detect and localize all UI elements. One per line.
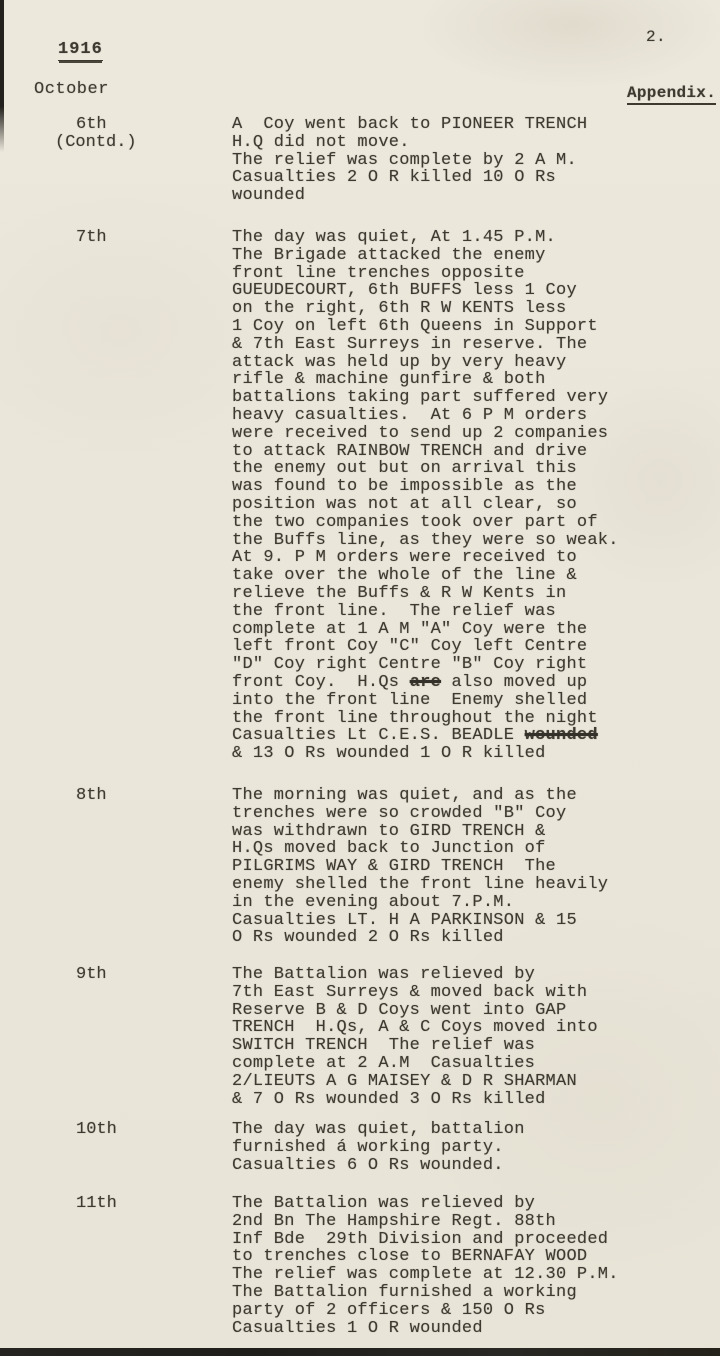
entry-line: The Brigade attacked the enemy [232,247,662,265]
entry-line: The morning was quiet, and as the [232,787,662,805]
entry-date-label: 6th [0,116,230,134]
entry-date: 9th [0,966,230,984]
entry-line: battalions taking part suffered very [232,389,662,407]
entry-line: rifle & machine gunfire & both [232,371,662,389]
struck-text: wounded [525,726,598,745]
entry-date: 6th(Contd.) [0,116,230,152]
entry-date: 11th [0,1195,230,1213]
entry-line: & 13 O Rs wounded 1 O R killed [232,745,662,763]
entry-line: SWITCH TRENCH The relief was [232,1037,662,1055]
entry-line: was found to be impossible as the [232,478,662,496]
entry-line: TRENCH H.Qs, A & C Coys moved into [232,1019,662,1037]
entry-line: Reserve B & D Coys went into GAP [232,1002,662,1020]
entry-line: Casualties 2 O R killed 10 O Rs [232,169,662,187]
entry-line: The day was quiet, At 1.45 P.M. [232,229,662,247]
entry-line: The Battalion was relieved by [232,966,662,984]
entry-text: The morning was quiet, and as thetrenche… [232,787,662,947]
entry-line: Casualties 6 O Rs wounded. [232,1157,662,1175]
entry-line: "D" Coy right Centre "B" Coy right [232,656,662,674]
entry-line: the Buffs line, as they were so weak. [232,532,662,550]
entry-line: attack was held up by very heavy [232,354,662,372]
entry-line: the front line. The relief was [232,603,662,621]
entry-text: The day was quiet, battalionfurnished á … [232,1121,662,1174]
entry-line: party of 2 officers & 150 O Rs [232,1302,662,1320]
diary-entry: 6th(Contd.)A Coy went back to PIONEER TR… [0,116,720,205]
entry-date-label: 11th [0,1195,230,1213]
entry-line: trenches were so crowded "B" Coy [232,805,662,823]
entry-line: GUEUDECOURT, 6th BUFFS less 1 Coy [232,282,662,300]
entry-line: Inf Bde 29th Division and proceeded [232,1231,662,1249]
entry-line: in the evening about 7.P.M. [232,894,662,912]
entry-line: A Coy went back to PIONEER TRENCH [232,116,662,134]
entry-line: At 9. P M orders were received to [232,549,662,567]
entry-line: The Battalion was relieved by [232,1195,662,1213]
entry-line: the front line throughout the night [232,710,662,728]
entry-line: The relief was complete by 2 A M. [232,152,662,170]
entry-line: Casualties 1 O R wounded [232,1320,662,1338]
entry-line: The Battalion furnished a working [232,1284,662,1302]
entry-line: furnished á working party. [232,1139,662,1157]
entry-line: H.Q did not move. [232,134,662,152]
entry-date: 7th [0,229,230,247]
entry-line: take over the whole of the line & [232,567,662,585]
entry-line: front line trenches opposite [232,265,662,283]
entry-line: were received to send up 2 companies [232,425,662,443]
entry-date-label: 8th [0,787,230,805]
entry-line: front Coy. H.Qs are also moved up [232,674,662,692]
diary-entry: 7thThe day was quiet, At 1.45 P.M.The Br… [0,229,720,763]
entry-line: relieve the Buffs & R W Kents in [232,585,662,603]
entry-line: complete at 1 A M "A" Coy were the [232,621,662,639]
entry-line: Casualties LT. H A PARKINSON & 15 [232,912,662,930]
diary-entry: 9thThe Battalion was relieved by7th East… [0,966,720,1108]
diary-entry: 10thThe day was quiet, battalionfurnishe… [0,1121,720,1174]
entry-line: enemy shelled the front line heavily [232,876,662,894]
entry-date-label: 10th [0,1121,230,1139]
entry-line: wounded [232,187,662,205]
diary-entries: 6th(Contd.)A Coy went back to PIONEER TR… [0,0,720,1356]
entry-line: was withdrawn to GIRD TRENCH & [232,823,662,841]
entry-date: 10th [0,1121,230,1139]
entry-line: 2nd Bn The Hampshire Regt. 88th [232,1213,662,1231]
entry-line: H.Qs moved back to Junction of [232,840,662,858]
struck-text: are [410,673,441,692]
entry-line: 7th East Surreys & moved back with [232,984,662,1002]
entry-date-label: 9th [0,966,230,984]
entry-line: the enemy out but on arrival this [232,460,662,478]
entry-line: left front Coy "C" Coy left Centre [232,638,662,656]
entry-line: to trenches close to BERNAFAY WOOD [232,1248,662,1266]
entry-line: 1 Coy on left 6th Queens in Support [232,318,662,336]
entry-date-note: (Contd.) [0,134,230,152]
entry-line: into the front line Enemy shelled [232,692,662,710]
entry-line: O Rs wounded 2 O Rs killed [232,929,662,947]
entry-date-label: 7th [0,229,230,247]
entry-line: PILGRIMS WAY & GIRD TRENCH The [232,858,662,876]
entry-line: Casualties Lt C.E.S. BEADLE wounded [232,727,662,745]
entry-line: to attack RAINBOW TRENCH and drive [232,443,662,461]
entry-text: The Battalion was relieved by7th East Su… [232,966,662,1108]
diary-entry: 11thThe Battalion was relieved by2nd Bn … [0,1195,720,1337]
entry-line: heavy casualties. At 6 P M orders [232,407,662,425]
entry-line: on the right, 6th R W KENTS less [232,300,662,318]
entry-text: The day was quiet, At 1.45 P.M.The Briga… [232,229,662,763]
entry-line: The relief was complete at 12.30 P.M. [232,1266,662,1284]
entry-line: complete at 2 A.M Casualties [232,1055,662,1073]
entry-line: & 7th East Surreys in reserve. The [232,336,662,354]
entry-text: The Battalion was relieved by2nd Bn The … [232,1195,662,1337]
diary-entry: 8thThe morning was quiet, and as thetren… [0,787,720,947]
entry-text: A Coy went back to PIONEER TRENCHH.Q did… [232,116,662,205]
entry-line: 2/LIEUTS A G MAISEY & D R SHARMAN [232,1073,662,1091]
entry-line: & 7 O Rs wounded 3 O Rs killed [232,1091,662,1109]
entry-line: the two companies took over part of [232,514,662,532]
entry-line: position was not at all clear, so [232,496,662,514]
entry-date: 8th [0,787,230,805]
entry-line: The day was quiet, battalion [232,1121,662,1139]
